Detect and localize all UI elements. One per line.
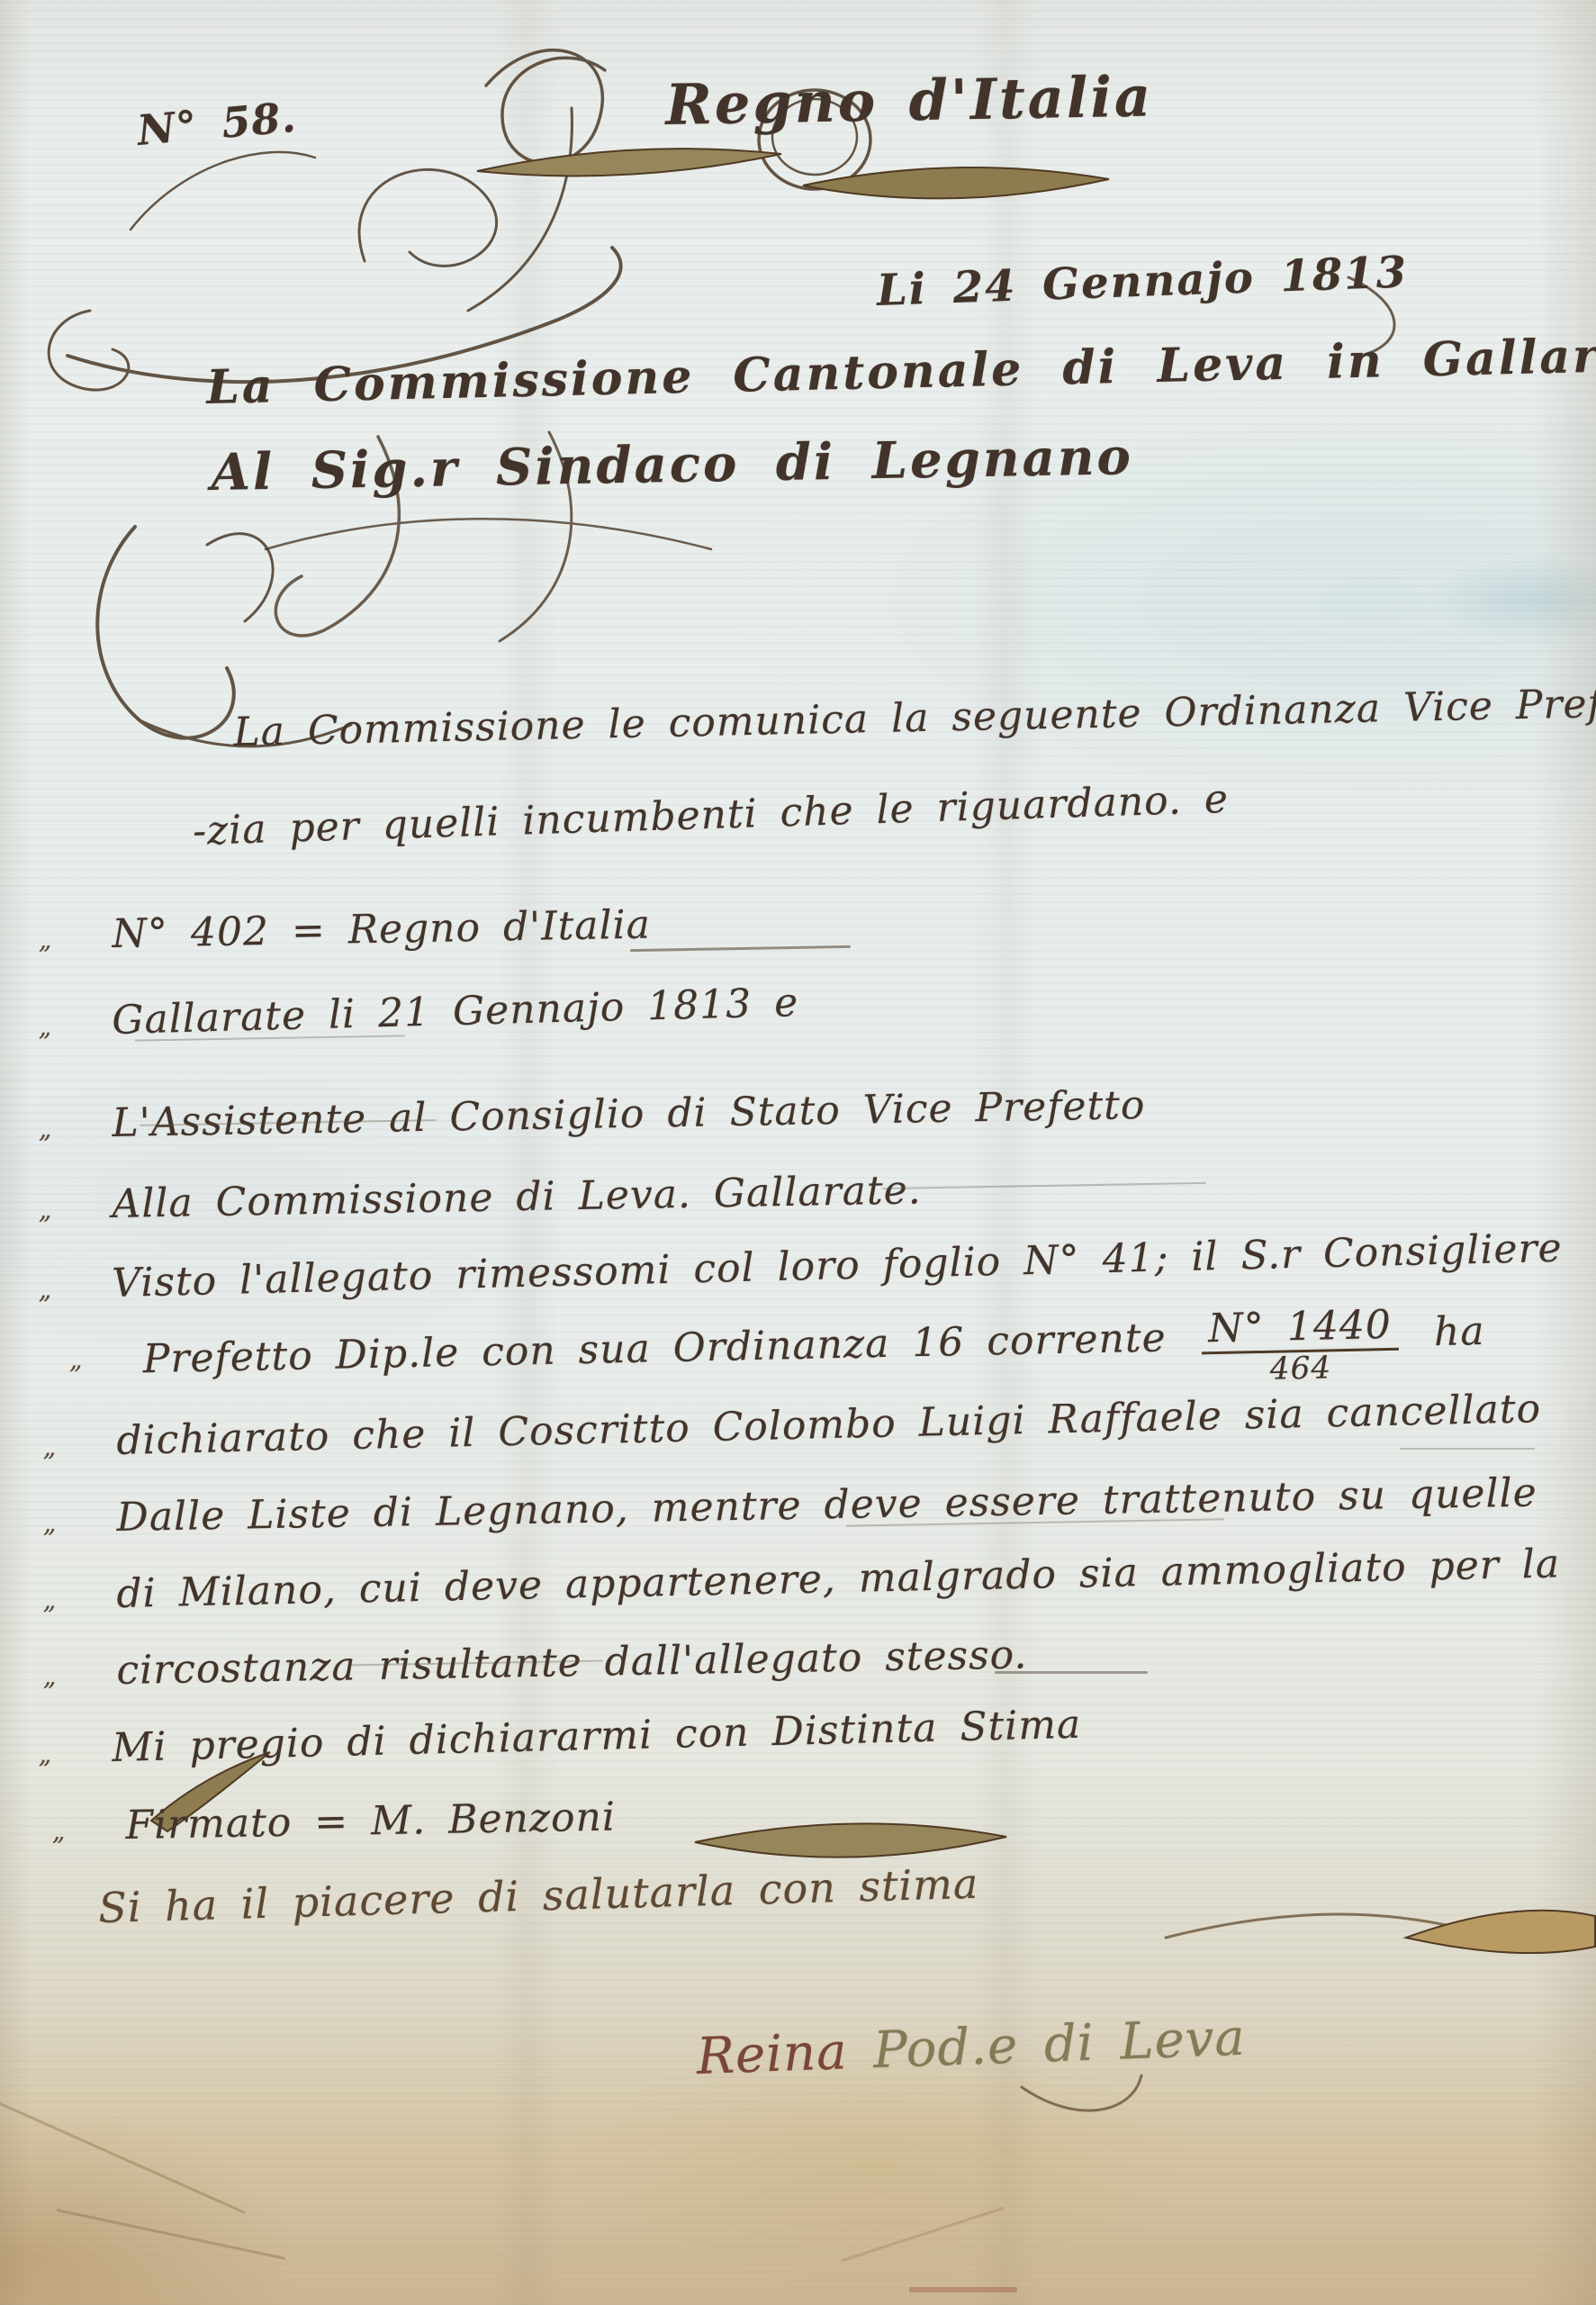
quote-mark: „ [38,1275,52,1305]
sender-line: La Commissione Cantonale di Leva in Gall… [206,327,1596,415]
signature-title: Pod.e di Leva [872,2009,1247,2080]
kingdom-title: Regno d'Italia [665,64,1154,138]
quoted-line: „ Alla Commissione di Leva. Gallarate. [112,1167,922,1227]
intro-line-1: La Commissione le comunica la seguente O… [233,679,1596,755]
quoted-line: „ Visto l'allegato rimessomi col loro fo… [112,1225,1563,1306]
quoted-text: Dalle Liste di Legnano, mentre deve esse… [116,1469,1537,1541]
paper-crease [841,2207,1005,2263]
pencil-line [882,1182,1206,1189]
paper-crease [0,2102,246,2214]
signature: Reina Pod.e di Leva [696,2009,1247,2086]
date-line: Li 24 Gennajo 1813 [876,247,1409,316]
quote-mark: „ [42,1661,57,1691]
quote-mark: „ [42,1585,57,1614]
paper-crease [909,2287,1017,2292]
quoted-text: N° 402 = Regno d'Italia [112,902,651,957]
quoted-line: „ L'Assistente al Consiglio di Stato Vic… [112,1082,1146,1146]
ordinance-text-post: ha [1433,1308,1485,1355]
quote-mark: „ [38,1114,52,1143]
register-number: N° 1440 464 [1201,1305,1400,1388]
quote-mark: „ [38,1012,52,1042]
intro-line-2: -zia per quelli incumbenti che le riguar… [192,776,1229,854]
quoted-line: „ Gallarate li 21 Gennajo 1813 e [112,980,799,1044]
quote-mark: „ [68,1344,83,1374]
quoted-line: „ N° 402 = Regno d'Italia [112,902,651,957]
quoted-text: Gallarate li 21 Gennajo 1813 e [112,980,799,1044]
pen-dash [630,945,851,952]
quote-mark: „ [42,1433,57,1462]
quoted-text: L'Assistente al Consiglio di Stato Vice … [112,1082,1146,1146]
flourish-tails [1022,277,1483,2111]
quoted-line: „ Dalle Liste di Legnano, mentre deve es… [116,1469,1537,1541]
quote-mark: „ [38,1740,52,1769]
signature-name: Reina [696,2022,849,2086]
pencil-line [1400,1448,1535,1450]
quoted-text: Visto l'allegato rimessomi col loro fogl… [112,1225,1563,1306]
closing-line: Si ha il piacere di salutarla con stima [97,1859,978,1932]
pen-dash [995,1671,1148,1674]
paper-crease [57,2209,286,2260]
quote-mark: „ [38,925,52,954]
quoted-text: Mi pregio di dichiararmi con Distinta St… [112,1702,1082,1771]
register-number-bottom: 464 [1202,1351,1400,1388]
register-number-top: N° 1440 [1201,1305,1399,1355]
quoted-text: Firmato = M. Benzoni [125,1794,616,1849]
quoted-text: Alla Commissione di Leva. Gallarate. [112,1167,922,1227]
quoted-line: „ Mi pregio di dichiararmi con Distinta … [112,1702,1082,1771]
quoted-line: „ circostanza risultante dall'allegato s… [116,1632,1028,1694]
quoted-line: „ Firmato = M. Benzoni [125,1794,616,1849]
manuscript-page: N° 58. Regno d'Italia Li 24 Gennajo 1813… [0,0,1596,2305]
quoted-line: „ di Milano, cui deve appartenere, malgr… [116,1541,1561,1617]
ordinance-text-pre: Prefetto Dip.le con sua Ordinanza 16 cor… [142,1315,1167,1382]
quote-mark: „ [38,1195,52,1225]
doc-number: N° 58. [135,93,298,155]
quote-mark: „ [42,1508,57,1538]
quoted-text: circostanza risultante dall'allegato ste… [116,1632,1028,1694]
quote-mark: „ [51,1816,66,1846]
quoted-text: di Milano, cui deve appartenere, malgrad… [116,1541,1561,1617]
recipient-line: Al Sig.r Sindaco di Legnano [211,427,1134,502]
